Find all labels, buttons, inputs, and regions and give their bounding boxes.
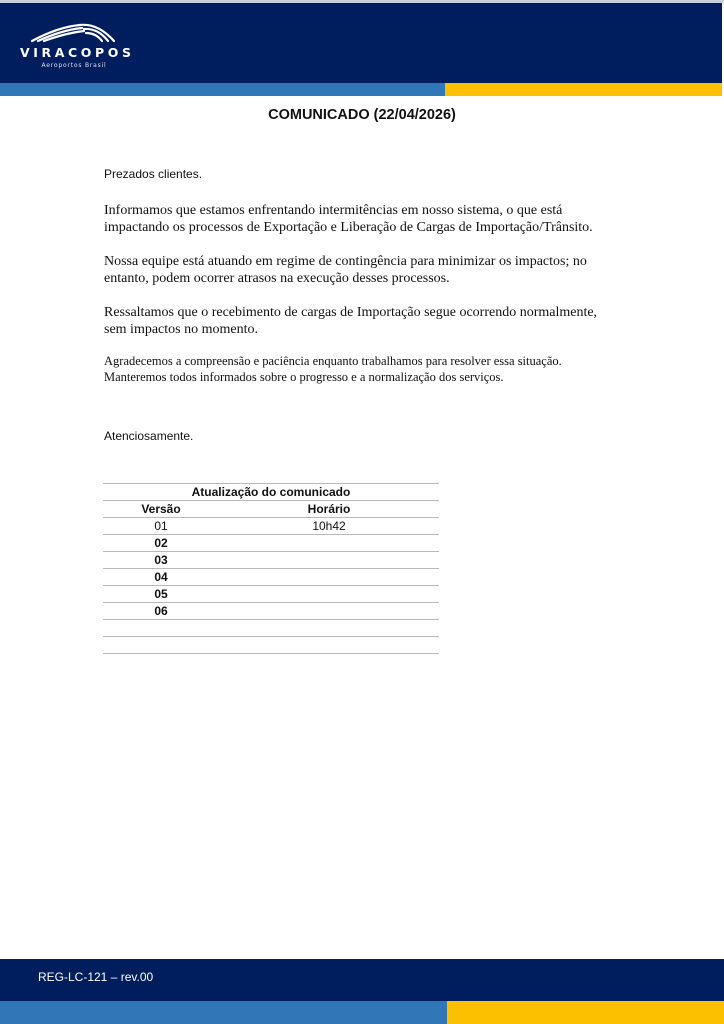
cell-time xyxy=(219,586,439,603)
cell-version: 06 xyxy=(103,603,219,620)
closing: Atenciosamente. xyxy=(104,429,193,443)
document-title: COMUNICADO (22/04/2026) xyxy=(0,107,724,123)
table-header-row: Versão Horário xyxy=(103,501,439,518)
paragraph-3: Ressaltamos que o recebimento de cargas … xyxy=(104,304,644,338)
table-row: 01 10h42 xyxy=(103,518,439,535)
header-stripe-yellow xyxy=(445,83,722,96)
cell-time xyxy=(219,569,439,586)
table-row: 06 xyxy=(103,603,439,620)
paragraph-1-line-2: impactando os processos de Exportação e … xyxy=(104,219,644,236)
cell-version: 03 xyxy=(103,552,219,569)
table-row xyxy=(103,637,439,654)
header-horario: Horário xyxy=(219,501,439,518)
paragraph-3-line-2: sem impactos no momento. xyxy=(104,321,644,338)
footer-document-code: REG-LC-121 – rev.00 xyxy=(38,970,153,984)
paragraph-4: Agradecemos a compreensão e paciência en… xyxy=(104,353,664,385)
header-stripe-blue xyxy=(0,83,445,96)
header-versao: Versão xyxy=(103,501,219,518)
table-row: 03 xyxy=(103,552,439,569)
table-caption-row: Atualização do comunicado xyxy=(103,484,439,501)
header-band: VIRACOPOS Aeroportos Brasil xyxy=(0,3,722,83)
viracopos-logo: VIRACOPOS Aeroportos Brasil xyxy=(20,21,130,77)
paragraph-1-line-1: Informamos que estamos enfrentando inter… xyxy=(104,202,644,219)
cell-version xyxy=(103,620,219,637)
cell-time xyxy=(219,552,439,569)
logo-tagline: Aeroportos Brasil xyxy=(20,62,128,69)
cell-version: 04 xyxy=(103,569,219,586)
table-caption: Atualização do comunicado xyxy=(103,484,439,501)
cell-time xyxy=(219,603,439,620)
greeting: Prezados clientes. xyxy=(104,167,202,181)
cell-version xyxy=(103,637,219,654)
cell-version: 05 xyxy=(103,586,219,603)
footer-stripe-yellow xyxy=(447,1001,724,1024)
paragraph-1: Informamos que estamos enfrentando inter… xyxy=(104,202,644,236)
table-row: 05 xyxy=(103,586,439,603)
paragraph-4-line-1: Agradecemos a compreensão e paciência en… xyxy=(104,353,664,369)
paragraph-3-line-1: Ressaltamos que o recebimento de cargas … xyxy=(104,304,644,321)
table-row: 02 xyxy=(103,535,439,552)
table-row: 04 xyxy=(103,569,439,586)
footer-stripe-blue xyxy=(0,1001,447,1024)
paragraph-2-line-2: entanto, podem ocorrer atrasos na execuç… xyxy=(104,270,644,287)
paragraph-4-line-2: Manteremos todos informados sobre o prog… xyxy=(104,369,664,385)
runway-waves-logo-icon xyxy=(28,21,120,43)
paragraph-2: Nossa equipe está atuando em regime de c… xyxy=(104,253,644,287)
cell-time xyxy=(219,637,439,654)
cell-time: 10h42 xyxy=(219,518,439,535)
updates-table: Atualização do comunicado Versão Horário… xyxy=(103,483,439,654)
cell-time xyxy=(219,620,439,637)
paragraph-2-line-1: Nossa equipe está atuando em regime de c… xyxy=(104,253,644,270)
table-row xyxy=(103,620,439,637)
cell-version: 02 xyxy=(103,535,219,552)
cell-version: 01 xyxy=(103,518,219,535)
logo-wordmark: VIRACOPOS xyxy=(20,45,128,60)
cell-time xyxy=(219,535,439,552)
